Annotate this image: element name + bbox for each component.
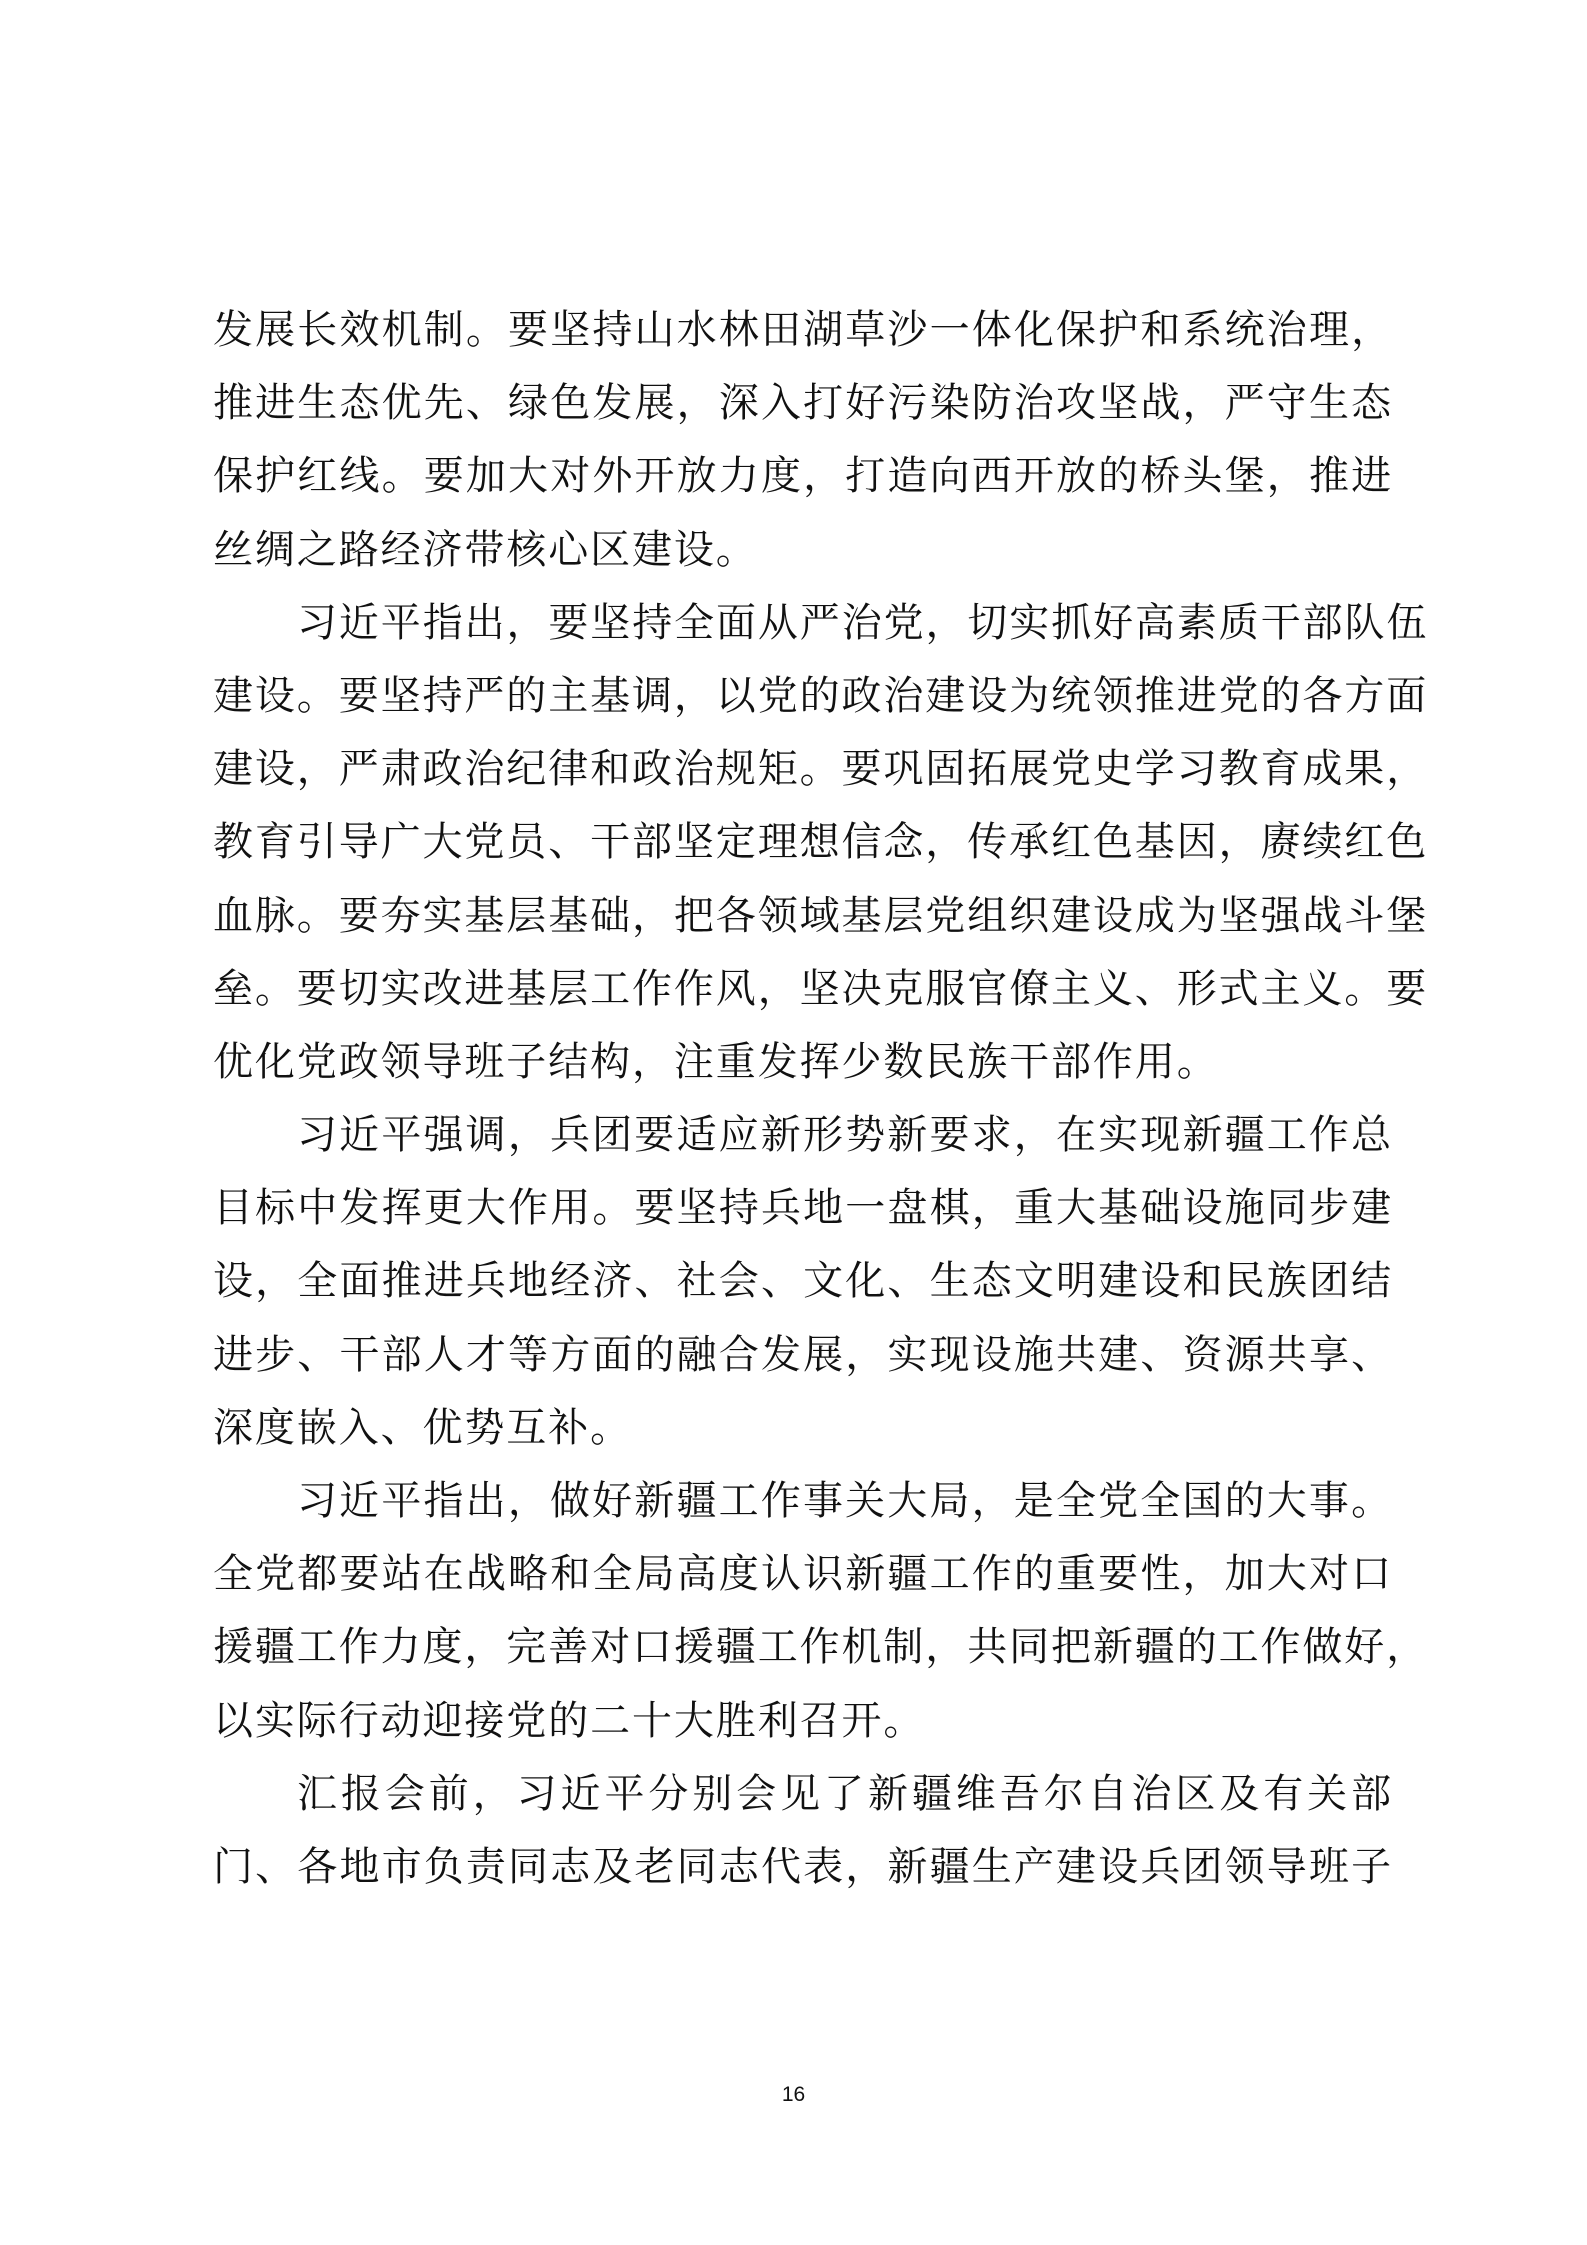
text-line: 深度嵌入、优势互补。 [213,1392,1393,1465]
paragraph-2: 习近平指出，要坚持全面从严治党，切实抓好高素质干部队伍 建设。要坚持严的主基调，… [213,587,1393,1099]
text-line: 设，全面推进兵地经济、社会、文化、生态文明建设和民族团结 [213,1245,1393,1318]
text-line: 推进生态优先、绿色发展，深入打好污染防治攻坚战，严守生态 [213,367,1393,440]
text-line: 血脉。要夯实基层基础，把各领域基层党组织建设成为坚强战斗堡 [213,880,1393,953]
paragraph-3: 习近平强调，兵团要适应新形势新要求，在实现新疆工作总 目标中发挥更大作用。要坚持… [213,1099,1393,1465]
page-number: 16 [0,2083,1587,2107]
text-line: 进步、干部人才等方面的融合发展，实现设施共建、资源共享、 [213,1319,1393,1392]
text-line: 习近平强调，兵团要适应新形势新要求，在实现新疆工作总 [213,1099,1393,1172]
text-line: 垒。要切实改进基层工作作风，坚决克服官僚主义、形式主义。要 [213,953,1393,1026]
text-line: 教育引导广大党员、干部坚定理想信念，传承红色基因，赓续红色 [213,806,1393,879]
text-line: 建设。要坚持严的主基调，以党的政治建设为统领推进党的各方面 [213,660,1393,733]
paragraph-5: 汇报会前，习近平分别会见了新疆维吾尔自治区及有关部 门、各地市负责同志及老同志代… [213,1758,1393,1904]
text-line: 发展长效机制。要坚持山水林田湖草沙一体化保护和系统治理， [213,294,1393,367]
text-line: 以实际行动迎接党的二十大胜利召开。 [213,1685,1393,1758]
text-line: 建设，严肃政治纪律和政治规矩。要巩固拓展党史学习教育成果， [213,733,1393,806]
text-line: 习近平指出，要坚持全面从严治党，切实抓好高素质干部队伍 [213,587,1393,660]
text-line: 目标中发挥更大作用。要坚持兵地一盘棋，重大基础设施同步建 [213,1172,1393,1245]
text-line: 丝绸之路经济带核心区建设。 [213,514,1393,587]
text-line: 优化党政领导班子结构，注重发挥少数民族干部作用。 [213,1026,1393,1099]
text-line: 汇报会前，习近平分别会见了新疆维吾尔自治区及有关部 [213,1758,1393,1831]
text-line: 全党都要站在战略和全局高度认识新疆工作的重要性，加大对口 [213,1538,1393,1611]
text-line: 保护红线。要加大对外开放力度，打造向西开放的桥头堡，推进 [213,440,1393,513]
paragraph-4: 习近平指出，做好新疆工作事关大局，是全党全国的大事。 全党都要站在战略和全局高度… [213,1465,1393,1758]
body-text: 发展长效机制。要坚持山水林田湖草沙一体化保护和系统治理， 推进生态优先、绿色发展… [213,294,1393,1904]
text-line: 门、各地市负责同志及老同志代表，新疆生产建设兵团领导班子 [213,1831,1393,1904]
text-line: 习近平指出，做好新疆工作事关大局，是全党全国的大事。 [213,1465,1393,1538]
document-page: 发展长效机制。要坚持山水林田湖草沙一体化保护和系统治理， 推进生态优先、绿色发展… [0,0,1587,2245]
text-line: 援疆工作力度，完善对口援疆工作机制，共同把新疆的工作做好， [213,1611,1393,1684]
paragraph-1: 发展长效机制。要坚持山水林田湖草沙一体化保护和系统治理， 推进生态优先、绿色发展… [213,294,1393,587]
